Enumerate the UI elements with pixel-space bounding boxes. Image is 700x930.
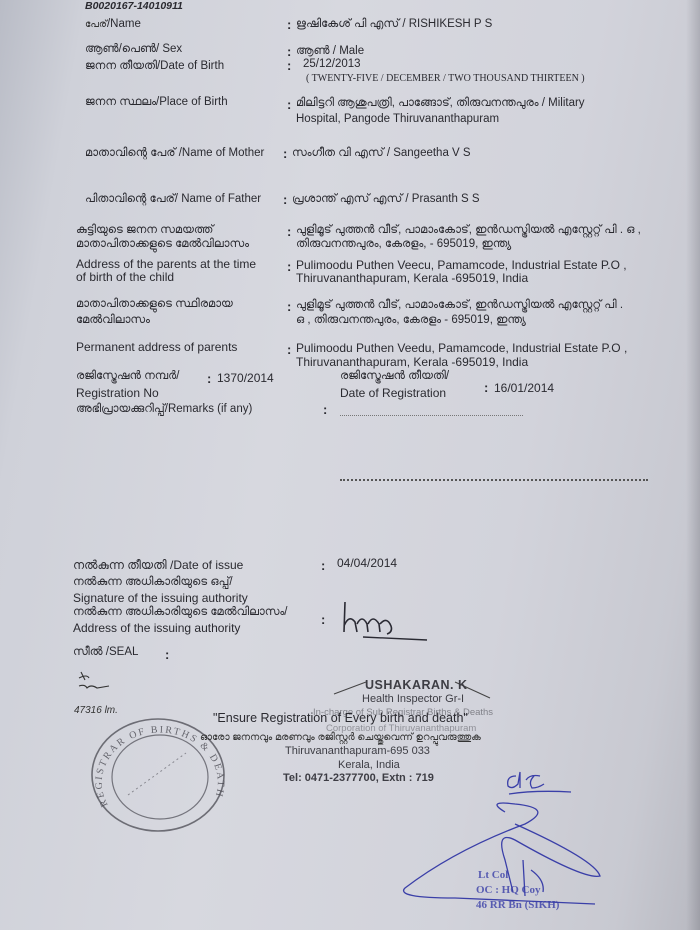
dob-value: 25/12/2013 bbox=[303, 58, 361, 71]
slogan-malayalam: ഓരോ ജനനവും മരണവും രജിസ്റ്റർ ചെയ്തുവെന്ന്… bbox=[200, 731, 481, 744]
remarks-label: അഭിപ്രായക്കുറിപ്പ്/Remarks (if any) bbox=[76, 403, 252, 416]
signature-label-en: Signature of the issuing authority bbox=[73, 592, 248, 605]
blue-underline bbox=[505, 788, 575, 798]
stamp-designation: Health Inspector Gr-I bbox=[362, 693, 464, 706]
issuing-address-label-ml: നൽകുന്ന അധികാരിയുടെ മേൽവിലാസം/ bbox=[73, 606, 288, 619]
registration-no-label-en: Registration No bbox=[76, 387, 159, 400]
colon: : bbox=[287, 97, 291, 112]
permanent-address-ml-value-1: പുളിമൂട് പുത്തൻ വീട്, പാമാംകോട്, ഇൻഡസ്ട്… bbox=[296, 299, 623, 312]
colon: : bbox=[287, 259, 291, 274]
name-value: ഋഷികേശ് പി എസ് / RISHIKESH P S bbox=[296, 18, 492, 31]
address-at-birth-ml-label-1: കുട്ടിയുടെ ജനന സമയത്ത് bbox=[76, 224, 213, 237]
sex-label: ആൺ/പെൺ/ Sex bbox=[85, 43, 182, 56]
registration-date-label-en: Date of Registration bbox=[340, 387, 446, 400]
place-of-birth-value-2: Hospital, Pangode Thiruvananthapuram bbox=[296, 113, 499, 126]
seal-label: സീൽ /SEAL bbox=[73, 646, 138, 659]
signature-label-ml: നൽകുന്ന അധികാരിയുടെ ഒപ്പ്/ bbox=[73, 576, 233, 589]
mother-value: സംഗീത വി എസ് / Sangeetha V S bbox=[292, 147, 471, 160]
faded-footer-text bbox=[20, 912, 23, 922]
colon: : bbox=[207, 371, 211, 386]
address-at-birth-en-value-2: Thiruvananthapuram, Kerala -695019, Indi… bbox=[296, 272, 528, 285]
permanent-address-en-label: Permanent address of parents bbox=[76, 341, 237, 354]
colon: : bbox=[287, 299, 291, 314]
registration-no-label-ml: രജിസ്ട്രേഷൻ നമ്പർ/ bbox=[76, 370, 179, 383]
remarks-line-2 bbox=[340, 479, 648, 481]
name-label: പേര്/Name bbox=[85, 18, 141, 31]
father-label: പിതാവിന്റെ പേര്/ Name of Father bbox=[85, 193, 261, 206]
permanent-address-ml-label-2: മേൽവിലാസം bbox=[76, 314, 150, 327]
date-of-issue-label: നൽകുന്ന തീയതി /Date of issue bbox=[73, 559, 243, 572]
slogan-english: "Ensure Registration of Every birth and … bbox=[213, 712, 468, 725]
issuing-address-label-en: Address of the issuing authority bbox=[73, 622, 240, 635]
place-of-birth-label: ജനന സ്ഥലം/Place of Birth bbox=[85, 96, 228, 109]
date-of-issue-value: 04/04/2014 bbox=[337, 557, 397, 570]
colon: : bbox=[283, 192, 287, 207]
permanent-address-en-value-2: Thiruvananthapuram, Kerala -695019, Indi… bbox=[296, 356, 528, 369]
colon: : bbox=[287, 44, 291, 59]
attestation-line-3: 46 RR Bn (SIKH) bbox=[476, 899, 559, 912]
permanent-address-en-value-1: Pulimoodu Puthen Veedu, Pamamcode, Indus… bbox=[296, 342, 627, 355]
stamp-line-6: Kerala, India bbox=[338, 759, 400, 772]
address-at-birth-ml-label-2: മാതാപിതാക്കളുടെ മേൽവിലാസം bbox=[76, 238, 249, 251]
colon: : bbox=[165, 647, 169, 662]
permanent-address-ml-label-1: മാതാപിതാക്കളുടെ സ്ഥിരമായ bbox=[76, 298, 233, 311]
colon: : bbox=[287, 17, 291, 32]
attestation-line-2: OC : HQ Coy bbox=[476, 884, 540, 897]
colon: : bbox=[283, 146, 287, 161]
colon: : bbox=[287, 342, 291, 357]
handwritten-initials bbox=[75, 668, 115, 698]
stamp-phone: Tel: 0471-2377700, Extn : 719 bbox=[283, 772, 434, 785]
page-shadow bbox=[686, 0, 700, 930]
reference-number: B0020167-14010911 bbox=[85, 0, 183, 13]
handwritten-signature bbox=[335, 596, 435, 641]
colon: : bbox=[321, 612, 325, 627]
attestation-line-1: Lt Col bbox=[478, 869, 508, 882]
colon: : bbox=[321, 558, 325, 573]
mother-label: മാതാവിന്റെ പേര് /Name of Mother bbox=[85, 147, 264, 160]
colon: : bbox=[323, 402, 327, 417]
colon: : bbox=[287, 224, 291, 239]
dob-label: ജനന തീയതി/Date of Birth bbox=[85, 60, 224, 73]
place-of-birth-value-1: മിലിട്ടറി ആശുപത്രി, പാങ്ങോട്, തിരുവനന്തപ… bbox=[296, 97, 585, 110]
stamp-name: USHAKARAN. K bbox=[365, 679, 468, 692]
registration-date-label-ml: രജിസ്ട്രേഷൻ തീയതി/ bbox=[340, 370, 449, 383]
stamp-line-5: Thiruvananthapuram-695 033 bbox=[285, 745, 430, 758]
colon: : bbox=[287, 58, 291, 73]
sex-value: ആൺ / Male bbox=[296, 45, 364, 58]
father-value: പ്രശാന്ത് എസ് എസ് / Prasanth S S bbox=[292, 193, 480, 206]
birth-certificate-page: B0020167-14010911 പേര്/Name : ഋഷികേശ് പി… bbox=[0, 0, 700, 930]
dob-words: ( TWENTY-FIVE / DECEMBER / TWO THOUSAND … bbox=[306, 72, 585, 85]
colon: : bbox=[484, 380, 488, 395]
address-at-birth-ml-value-1: പുളിമൂട് പുത്തൻ വീട്, പാമാംകോട്, ഇൻഡസ്ട്… bbox=[296, 224, 641, 237]
address-at-birth-en-label-2: of birth of the child bbox=[76, 271, 174, 284]
remarks-line-1 bbox=[340, 415, 523, 416]
address-at-birth-ml-value-2: തിരുവനന്തപുരം, കേരളം, - 695019, ഇന്ത്യ bbox=[296, 238, 511, 251]
registration-no-value: 1370/2014 bbox=[217, 372, 274, 385]
registration-date-value: 16/01/2014 bbox=[494, 382, 554, 395]
permanent-address-ml-value-2: ഒ , തിരുവനന്തപുരം, കേരളം - 695019, ഇന്ത്… bbox=[296, 314, 526, 327]
